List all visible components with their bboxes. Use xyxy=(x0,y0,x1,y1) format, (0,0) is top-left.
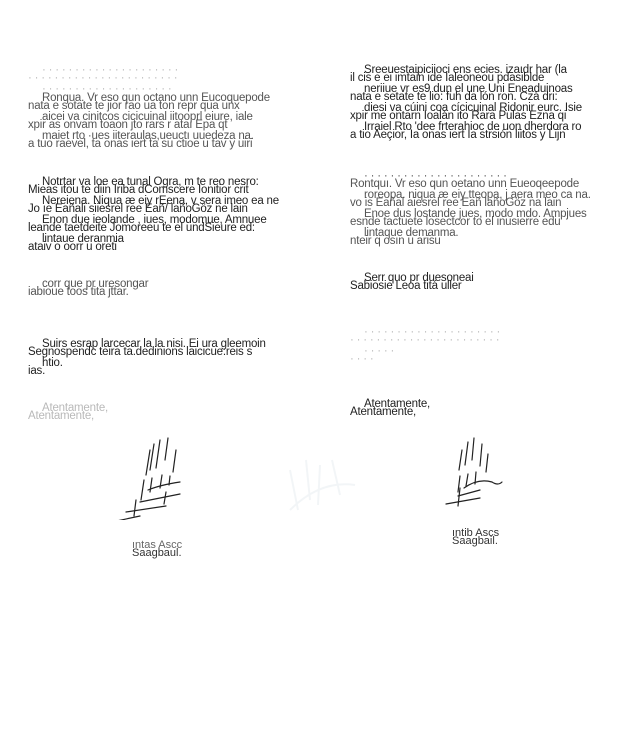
text-line-lower: iabioue toos tita jttar. xyxy=(28,286,129,298)
text-line: Irraiel Rto 'dee frterahioc de uon dherd… xyxy=(350,121,610,140)
right-signer-name-line2: Saagbail. xyxy=(452,536,499,547)
text-line: Suirs esrap larcecar la la nisi. Ei ura … xyxy=(28,338,288,357)
right-paragraph-1: Sreeuestaipiciioci ens ecies. izaıdr har… xyxy=(350,64,610,140)
text-line-lower: · · · · xyxy=(350,353,374,365)
text-line-upper: htio. xyxy=(42,357,63,369)
left-signature xyxy=(110,430,220,520)
right-paragraph-4: · · · · · · · · · · · · · · · · · · · · … xyxy=(350,326,610,364)
text-line: htio. ias. xyxy=(28,357,288,376)
text-line-lower: ias. xyxy=(28,365,45,377)
left-paragraph-4: corr que pr uresongar iabioue toos tita … xyxy=(28,278,288,297)
faint-stamp-icon xyxy=(270,440,370,525)
text-line: aicei va cinitcos cicicuinal iitooprl ei… xyxy=(28,111,288,130)
right-closing: Atentamente, Atentamente, xyxy=(350,398,610,417)
text-line: Serr quo pr duesoneai Sabiosie Leoa titá… xyxy=(350,272,610,291)
text-line: maiet rto ·ues iiteraulas,ueuctı uuedeza… xyxy=(28,130,288,149)
text-line: lintaque demanma. nteir q osın u arisu xyxy=(350,227,610,246)
left-paragraph-5: Suirs esrap larcecar la la nisi. Ei ura … xyxy=(28,338,288,376)
left-paragraph-3: Notrtar va loe ea tunal Ogra, m te reo n… xyxy=(28,176,288,252)
text-line: Atentamente, Atentamente, xyxy=(28,402,288,421)
text-line: neriiue vr es9 dun el une Uni Eneaduinoa… xyxy=(350,83,610,102)
signature-scribble-icon xyxy=(440,430,550,520)
text-line: Nereiena. Niqua æ eiy rEena, v sera imeo… xyxy=(28,195,288,214)
signature-scribble-icon xyxy=(110,430,220,520)
text-line: diesi va cúini coa cícicuinal Ridonir eu… xyxy=(350,102,610,121)
text-line: corr que pr uresongar iabioue toos tita … xyxy=(28,278,288,297)
right-signature xyxy=(440,430,550,520)
left-closing: Atentamente, Atentamente, xyxy=(28,402,288,421)
text-line: Notrtar va loe ea tunal Ogra, m te reo n… xyxy=(28,176,288,195)
left-signer-name: ıntas Ascc Saagbaul. xyxy=(132,540,182,559)
text-line-lower: nteir q osın u arisu xyxy=(350,235,441,247)
text-line-lower: a tuo raevel, ta onas iert ta su ctioe u… xyxy=(28,138,252,150)
text-line: · · · · · · · · · xyxy=(350,345,610,364)
text-line-lower: Atentamente, xyxy=(28,410,94,422)
text-line-lower: Sabiosie Leoa titá uller xyxy=(350,280,462,292)
text-line: Enoe dus lostande jues, modo mdo. Ampjue… xyxy=(350,208,610,227)
left-paragraph-2: Ronqua. Vr eso qun octano unn Eucoquepod… xyxy=(28,92,288,149)
left-signer-name-line2: Saagbaul. xyxy=(132,548,182,559)
text-line: Ronqua. Vr eso qun octano unn Eucoquepod… xyxy=(28,92,288,111)
text-line: Atentamente, Atentamente, xyxy=(350,398,610,417)
text-line: · · · · · · · · · · · · · · · · · · · · … xyxy=(28,64,288,83)
text-line: · · · · · · · · · · · · · · · · · · · · … xyxy=(350,326,610,345)
text-line: Enon due ieolande , iues, modomue, Amnue… xyxy=(28,214,288,233)
right-paragraph-2: · · · · · · · · · · · · · · · · · · · · … xyxy=(350,170,610,246)
text-line-lower: ataiv o oorr u oreti xyxy=(28,241,117,253)
text-line: · · · · · · · · · · · · · · · · · · · · … xyxy=(350,170,610,189)
text-line: Sreeuestaipiciioci ens ecies. izaıdr har… xyxy=(350,64,610,83)
text-line: roreopa. niqua æ eiy tteopa, j aera meo … xyxy=(350,189,610,208)
text-line-lower: Atentamente, xyxy=(350,406,416,418)
text-line-lower: a tio Aeçior, Ia onas iert Ia strsión li… xyxy=(350,129,565,141)
text-line: lintaue deranmia ataiv o oorr u oreti xyxy=(28,233,288,252)
right-paragraph-3: Serr quo pr duesoneai Sabiosie Leoa titá… xyxy=(350,272,610,291)
right-signer-name: ıntib Ascs Saagbail. xyxy=(452,528,499,547)
